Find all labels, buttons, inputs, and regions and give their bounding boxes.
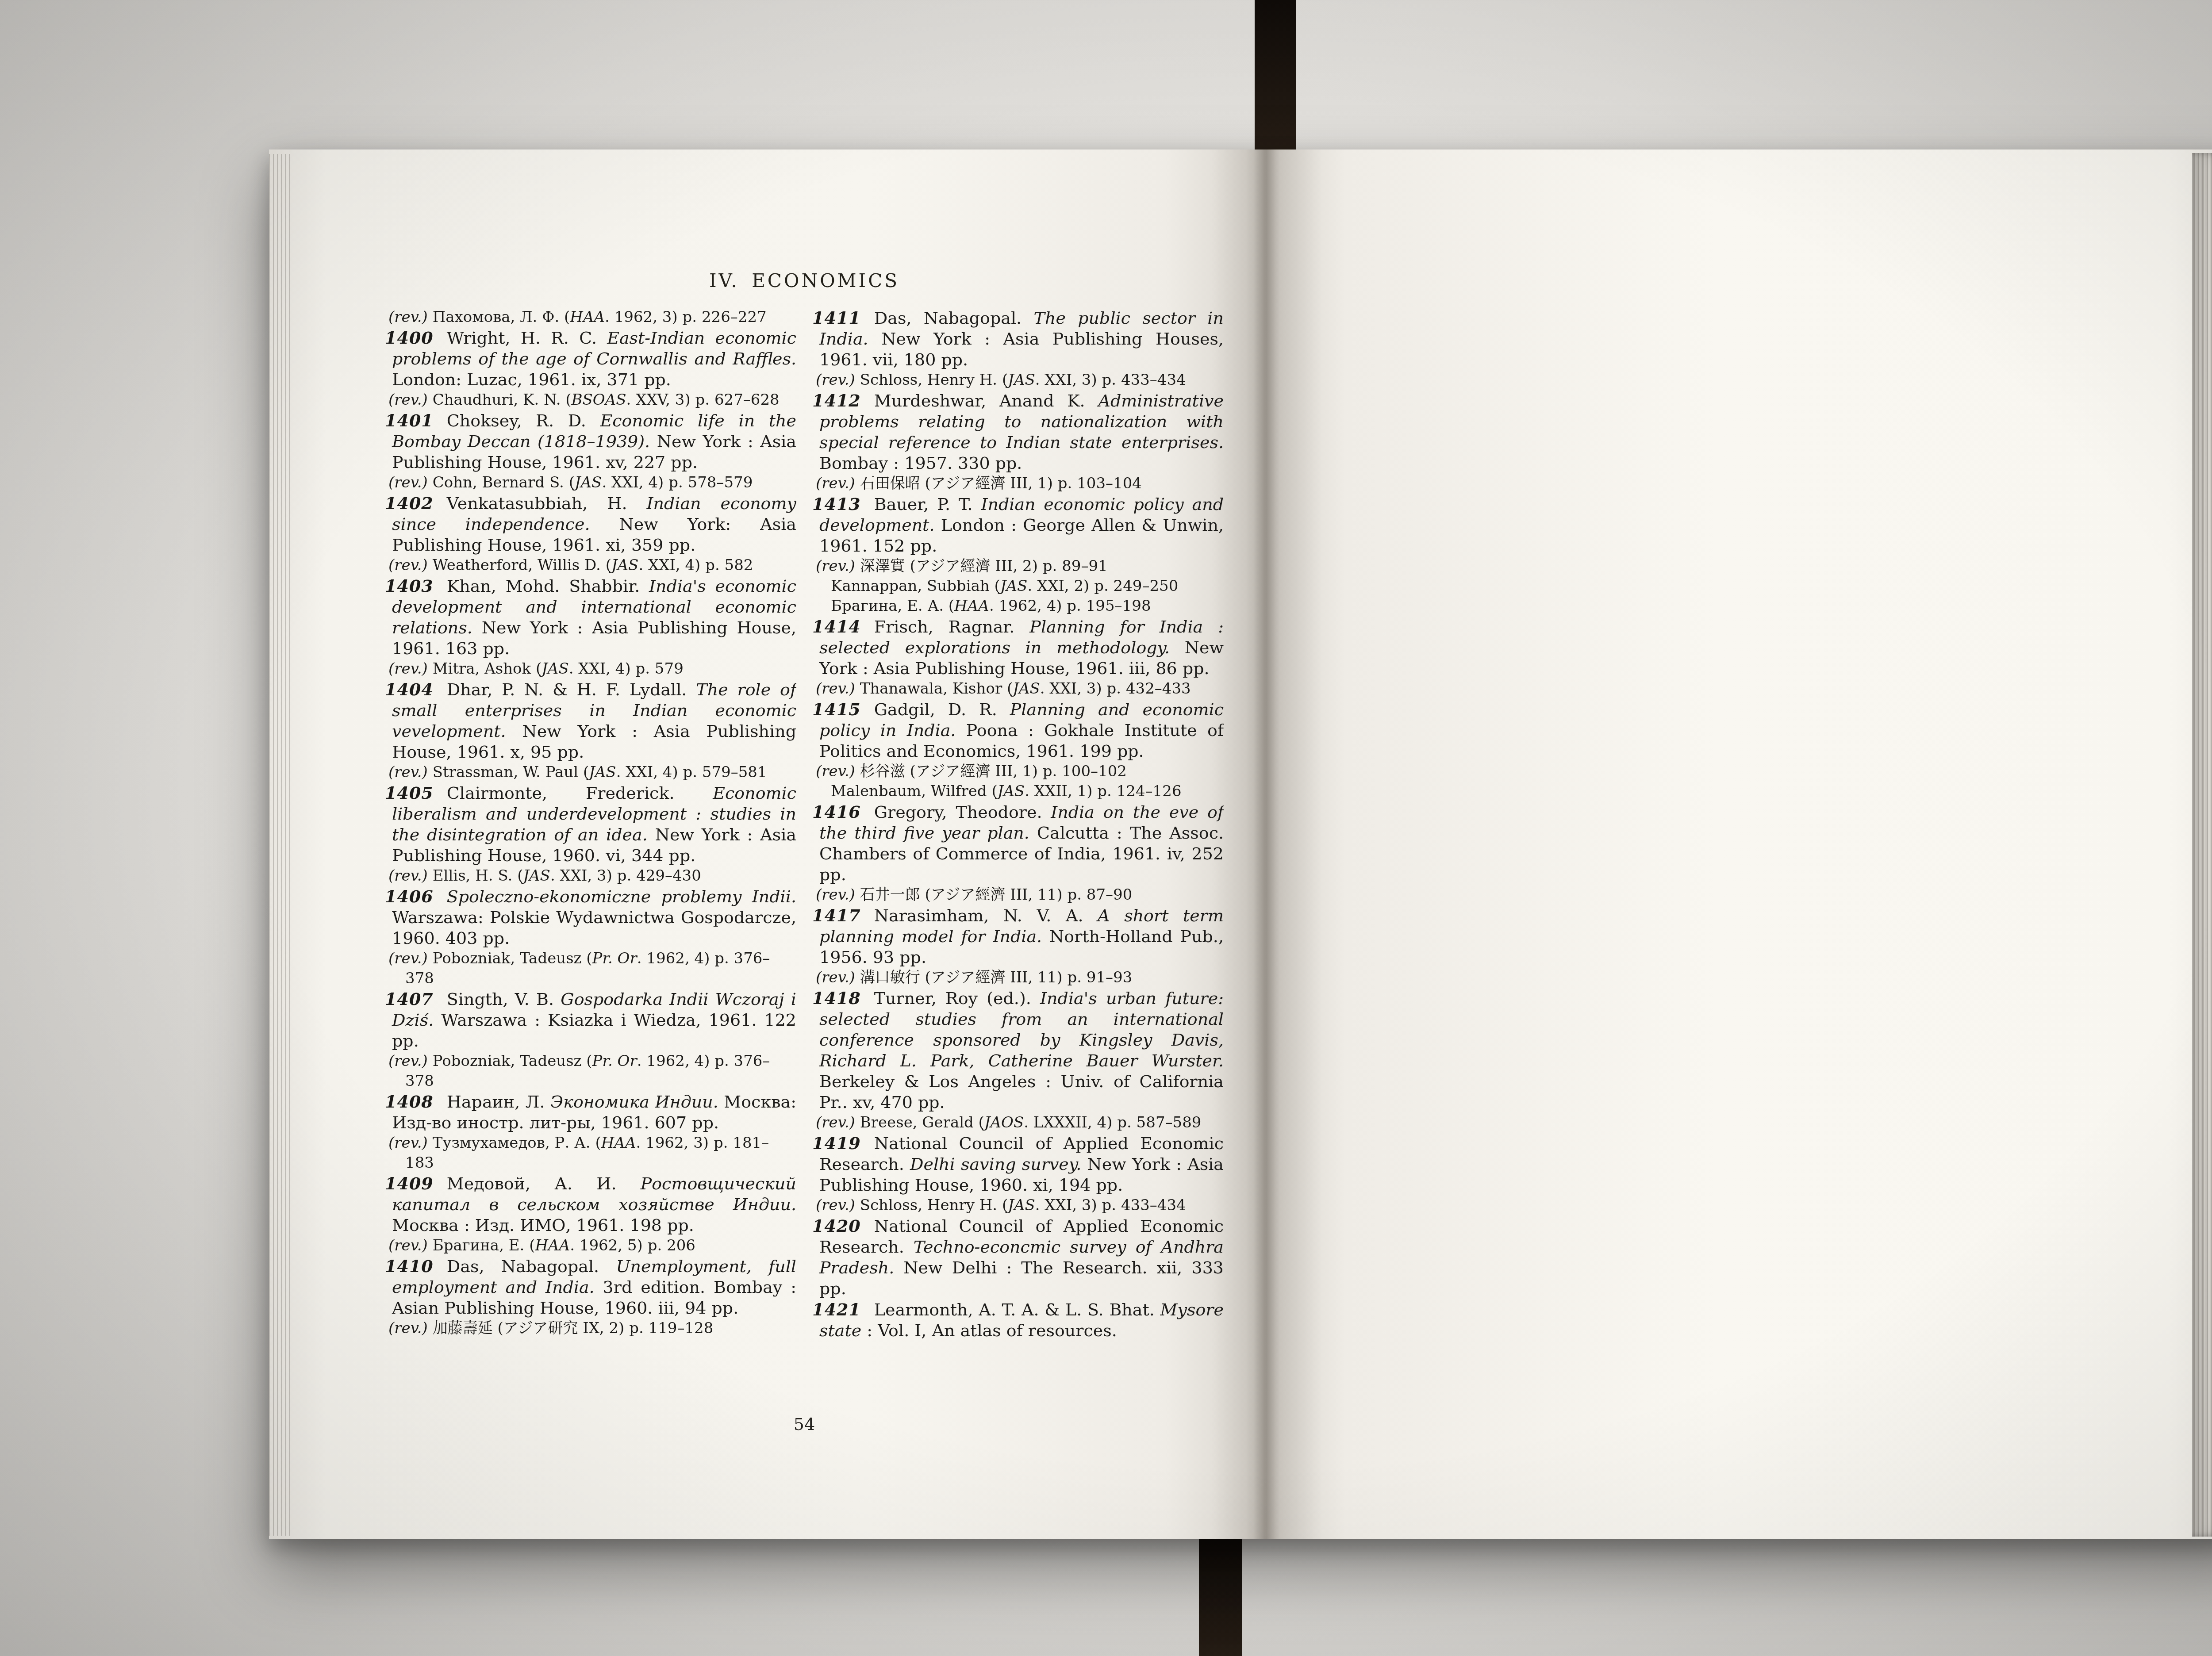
- review-line: (rev.) Strassman, W. Paul (JAS. XXI, 4) …: [385, 763, 796, 782]
- open-book: IV. ECONOMICS (rev.) Пахомова, Л. Ф. (HA…: [269, 149, 2212, 1539]
- entry-number: 1405: [385, 783, 434, 803]
- review-line: (rev.) 深澤實 (アジア經濟 III, 2) p. 89–91: [812, 556, 1224, 576]
- bibliography-entry: 1407Singth, V. B. Gospodarka Indii Wczor…: [385, 989, 796, 1051]
- bookmark-ribbon-top: [1255, 0, 1296, 155]
- entry-number: 1412: [812, 391, 861, 410]
- bibliography-entry: 1419National Council of Applied Economic…: [812, 1133, 1224, 1196]
- entry-number: 1411: [812, 308, 861, 328]
- entry-number: 1418: [812, 988, 861, 1008]
- review-line: (rev.) Cohn, Bernard S. (JAS. XXI, 4) p.…: [385, 473, 796, 493]
- bibliography-entry: 1421Learmonth, A. T. A. & L. S. Bhat. My…: [812, 1299, 1224, 1341]
- entry-number: 1407: [385, 989, 434, 1009]
- review-line: (rev.) Пахомова, Л. Ф. (HAA. 1962, 3) p.…: [385, 307, 796, 327]
- bookmark-ribbon-bottom: [1199, 1535, 1242, 1656]
- bibliography-entry: 1410Das, Nabagopal. Unemployment, full e…: [385, 1256, 796, 1319]
- running-head-left: IV. ECONOMICS: [385, 270, 1224, 291]
- bibliography-entry: 1405Clairmonte, Frederick. Economic libe…: [385, 782, 796, 866]
- review-line-secondary: Kannappan, Subbiah (JAS. XXI, 2) p. 249–…: [812, 576, 1224, 596]
- entry-number: 1421: [812, 1299, 861, 1319]
- bibliography-entry: 1403Khan, Mohd. Shabbir. India's economi…: [385, 575, 796, 659]
- entry-number: 1414: [812, 617, 861, 636]
- entry-number: 1410: [385, 1256, 434, 1276]
- review-line: (rev.) Mitra, Ashok (JAS. XXI, 4) p. 579: [385, 659, 796, 679]
- bibliography-entry: 1409Медовой, А. И. Ростовщический капита…: [385, 1173, 796, 1236]
- entry-number: 1403: [385, 576, 434, 596]
- book-fore-edge: [2192, 153, 2212, 1537]
- review-line: (rev.) Thanawala, Kishor (JAS. XXI, 3) p…: [812, 679, 1224, 699]
- bibliography-entry: 1415Gadgil, D. R. Planning and economic …: [812, 699, 1224, 762]
- bibliography-entry: 1420National Council of Applied Economic…: [812, 1215, 1224, 1299]
- review-line-secondary: Malenbaum, Wilfred (JAS. XXII, 1) p. 124…: [812, 782, 1224, 801]
- review-line: (rev.) 石田保昭 (アジア經濟 III, 1) p. 103–104: [812, 474, 1224, 494]
- bibliography-entry: 1413Bauer, P. T. Indian economic policy …: [812, 494, 1224, 556]
- page-left-columns: (rev.) Пахомова, Л. Ф. (HAA. 1962, 3) p.…: [385, 307, 1224, 1400]
- review-line: (rev.) Брагина, Е. (HAA. 1962, 5) p. 206: [385, 1236, 796, 1256]
- bibliography-entry: 1402Venkatasubbiah, H. Indian economy si…: [385, 493, 796, 556]
- review-line: (rev.) Тузмухамедов, Р. А. (HAA. 1962, 3…: [385, 1133, 796, 1173]
- page-left: IV. ECONOMICS (rev.) Пахомова, Л. Ф. (HA…: [269, 149, 1265, 1539]
- review-line: (rev.) Weatherford, Willis D. (JAS. XXI,…: [385, 556, 796, 575]
- bibliography-entry: 1406Spoleczno-ekonomiczne problemy Indii…: [385, 886, 796, 949]
- review-line: (rev.) Pobozniak, Tadeusz (Pr. Or. 1962,…: [385, 1051, 796, 1091]
- column: (rev.) Пахомова, Л. Ф. (HAA. 1962, 3) p.…: [385, 307, 796, 1400]
- bibliography-entry: 1411Das, Nabagopal. The public sector in…: [812, 307, 1224, 370]
- review-line: (rev.) Pobozniak, Tadeusz (Pr. Or. 1962,…: [385, 949, 796, 989]
- review-line: (rev.) Breese, Gerald (JAOS. LXXXII, 4) …: [812, 1113, 1224, 1133]
- review-line: (rev.) Schloss, Henry H. (JAS. XXI, 3) p…: [812, 370, 1224, 390]
- entry-number: 1413: [812, 494, 861, 514]
- review-line: (rev.) 石井一郎 (アジア經濟 III, 11) p. 87–90: [812, 885, 1224, 905]
- photo-of-open-book: { "running_head": "IV. ECONOMICS", "phot…: [0, 0, 2212, 1656]
- entry-number: 1409: [385, 1173, 434, 1193]
- bibliography-entry: 1416Gregory, Theodore. India on the eve …: [812, 801, 1224, 885]
- entry-number: 1402: [385, 493, 434, 513]
- bibliography-entry: 1404Dhar, P. N. & H. F. Lydall. The role…: [385, 679, 796, 763]
- page-left-text: IV. ECONOMICS (rev.) Пахомова, Л. Ф. (HA…: [385, 270, 1224, 1400]
- review-line: (rev.) 加藤壽延 (アジア研究 IX, 2) p. 119–128: [385, 1319, 796, 1338]
- review-line-secondary: Брагина, Е. А. (HAA. 1962, 4) p. 195–198: [812, 596, 1224, 616]
- entry-number: 1417: [812, 905, 861, 925]
- bibliography-entry: 1417Narasimham, N. V. A. A short term pl…: [812, 905, 1224, 968]
- review-line: (rev.) 溝口敏行 (アジア經濟 III, 11) p. 91–93: [812, 968, 1224, 988]
- bibliography-entry: 1400Wright, H. R. C. East-Indian economi…: [385, 327, 796, 390]
- bibliography-entry: 1418Turner, Roy (ed.). India's urban fut…: [812, 988, 1224, 1113]
- entry-number: 1404: [385, 679, 434, 699]
- entry-number: 1419: [812, 1133, 861, 1153]
- entry-number: 1420: [812, 1216, 861, 1236]
- entry-number: 1415: [812, 699, 861, 719]
- review-line: (rev.) 杉谷滋 (アジア經濟 III, 1) p. 100–102: [812, 762, 1224, 782]
- entry-number: 1416: [812, 802, 861, 822]
- page-right: IV. ECONOMICS New York: Asia Publishing …: [1265, 149, 2212, 1539]
- entry-number: 1401: [385, 410, 434, 430]
- entry-number: 1408: [385, 1092, 434, 1112]
- column: 1411Das, Nabagopal. The public sector in…: [812, 307, 1224, 1400]
- bibliography-entry: 1408Нараин, Л. Экономика Индии. Москва: …: [385, 1091, 796, 1133]
- bibliography-entry: 1401Choksey, R. D. Economic life in the …: [385, 410, 796, 473]
- review-line: (rev.) Schloss, Henry H. (JAS. XXI, 3) p…: [812, 1196, 1224, 1215]
- bibliography-entry: 1412Murdeshwar, Anand K. Administrative …: [812, 390, 1224, 474]
- review-line: (rev.) Chaudhuri, K. N. (BSOAS. XXV, 3) …: [385, 390, 796, 410]
- review-line: (rev.) Ellis, H. S. (JAS. XXI, 3) p. 429…: [385, 866, 796, 886]
- entry-number: 1406: [385, 886, 434, 906]
- bibliography-entry: 1414Frisch, Ragnar. Planning for India :…: [812, 616, 1224, 679]
- entry-number: 1400: [385, 328, 434, 348]
- page-number-left: 54: [385, 1414, 1224, 1434]
